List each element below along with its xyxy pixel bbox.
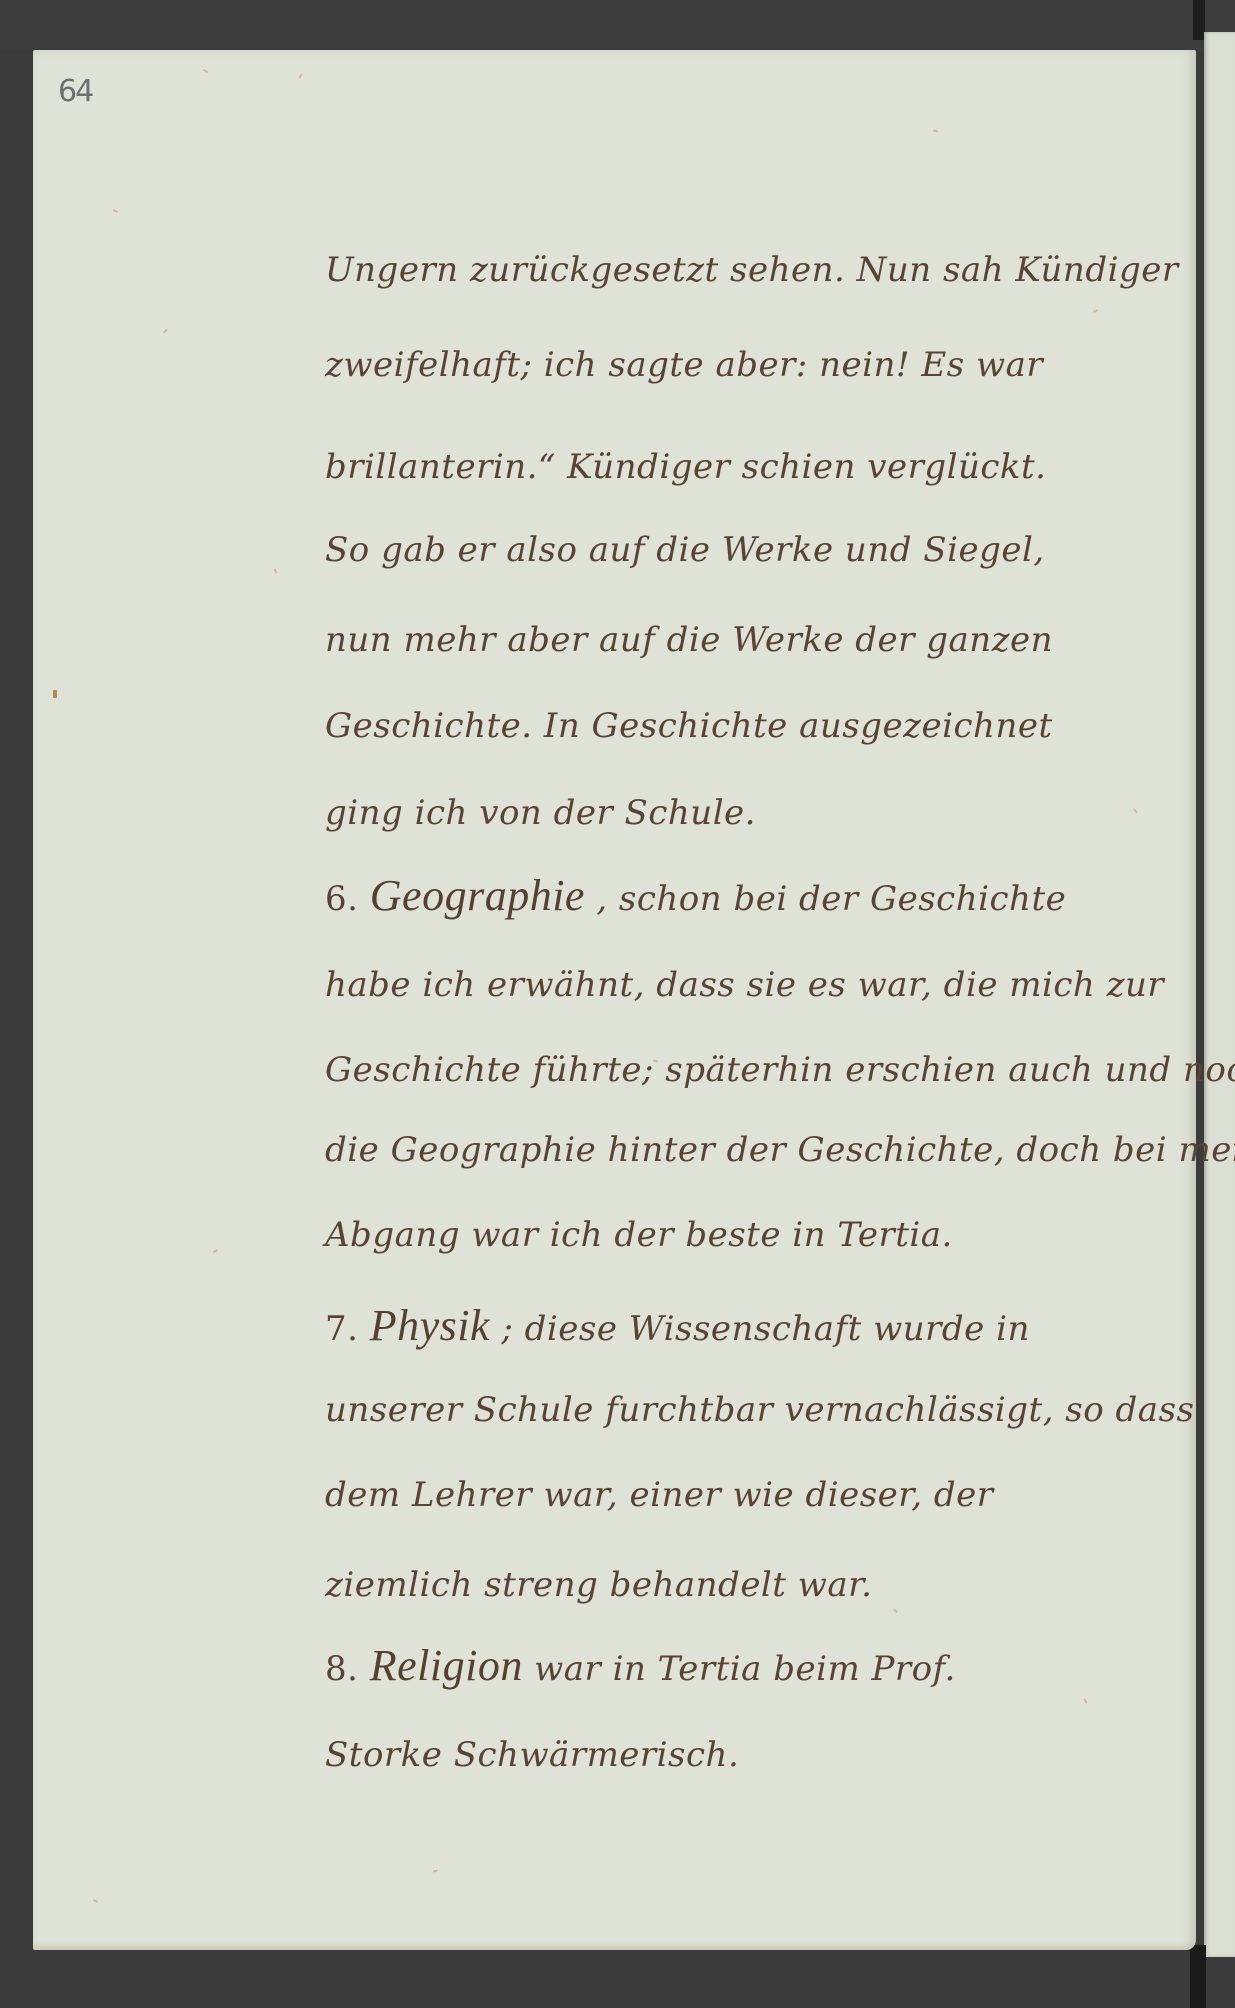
paper-speck [163, 329, 168, 334]
text-line-5: nun mehr aber auf die Werke der ganzen [325, 620, 1053, 660]
text-line-11: die Geographie hinter der Geschichte, do… [325, 1130, 1235, 1170]
section-text: war in Tertia beim Prof. [534, 1649, 956, 1689]
text-line-18: Storke Schwärmerisch. [325, 1735, 739, 1775]
section-religion: 8. Religion war in Tertia beim Prof. [325, 1640, 956, 1691]
paper-speck [298, 73, 302, 78]
page-number: 64 [58, 74, 92, 109]
paper-speck [93, 1899, 98, 1903]
text-line-1: Ungern zurückgesetzt sehen. Nun sah Künd… [325, 250, 1179, 290]
section-title: Physik [370, 1301, 490, 1350]
section-title: Religion [370, 1641, 523, 1690]
section-number: 6. [325, 879, 358, 919]
section-geographie: 6. Geographie , schon bei der Geschichte [325, 870, 1066, 921]
text-line-14: unserer Schule furchtbar vernachlässigt,… [325, 1390, 1194, 1430]
text-line-10: Geschichte führte; späterhin erschien au… [325, 1050, 1235, 1090]
paper-speck [1084, 1698, 1088, 1703]
paper-speck [113, 209, 118, 213]
text-line-16: ziemlich streng behandelt war. [325, 1565, 872, 1605]
section-text: , schon bei der Geschichte [596, 879, 1066, 919]
paper-speck [433, 1869, 438, 1872]
paper-speck [274, 568, 278, 573]
paper-speck [1093, 309, 1098, 313]
paper-speck [203, 69, 208, 73]
paper-speck [213, 1249, 218, 1253]
section-number: 7. [325, 1309, 358, 1349]
paper-speck [1133, 808, 1138, 813]
text-line-9: habe ich erwähnt, dass sie es war, die m… [325, 965, 1164, 1005]
text-line-7: ging ich von der Schule. [325, 793, 756, 833]
adjacent-page-edge [1204, 32, 1235, 1957]
section-physik: 7. Physik ; diese Wissenschaft wurde in [325, 1300, 1030, 1351]
text-line-2: zweifelhaft; ich sagte aber: nein! Es wa… [325, 345, 1043, 385]
book-spine-gap-bottom [1190, 1945, 1206, 2008]
text-line-6: Geschichte. In Geschichte ausgezeichnet [325, 706, 1053, 746]
text-line-4: So gab er also auf die Werke und Siegel, [325, 530, 1045, 570]
paper-speck [53, 690, 57, 698]
scanner-backdrop [0, 0, 1235, 50]
paper-speck [933, 129, 938, 132]
section-title: Geographie [370, 871, 585, 920]
text-line-15: dem Lehrer war, einer wie dieser, der [325, 1475, 994, 1515]
paper-speck [893, 1609, 898, 1614]
section-number: 8. [325, 1649, 358, 1689]
section-text: ; diese Wissenschaft wurde in [501, 1309, 1029, 1349]
text-line-3: brillanterin.“ Kündiger schien verglückt… [325, 447, 1046, 487]
text-line-12: Abgang war ich der beste in Tertia. [325, 1215, 953, 1255]
